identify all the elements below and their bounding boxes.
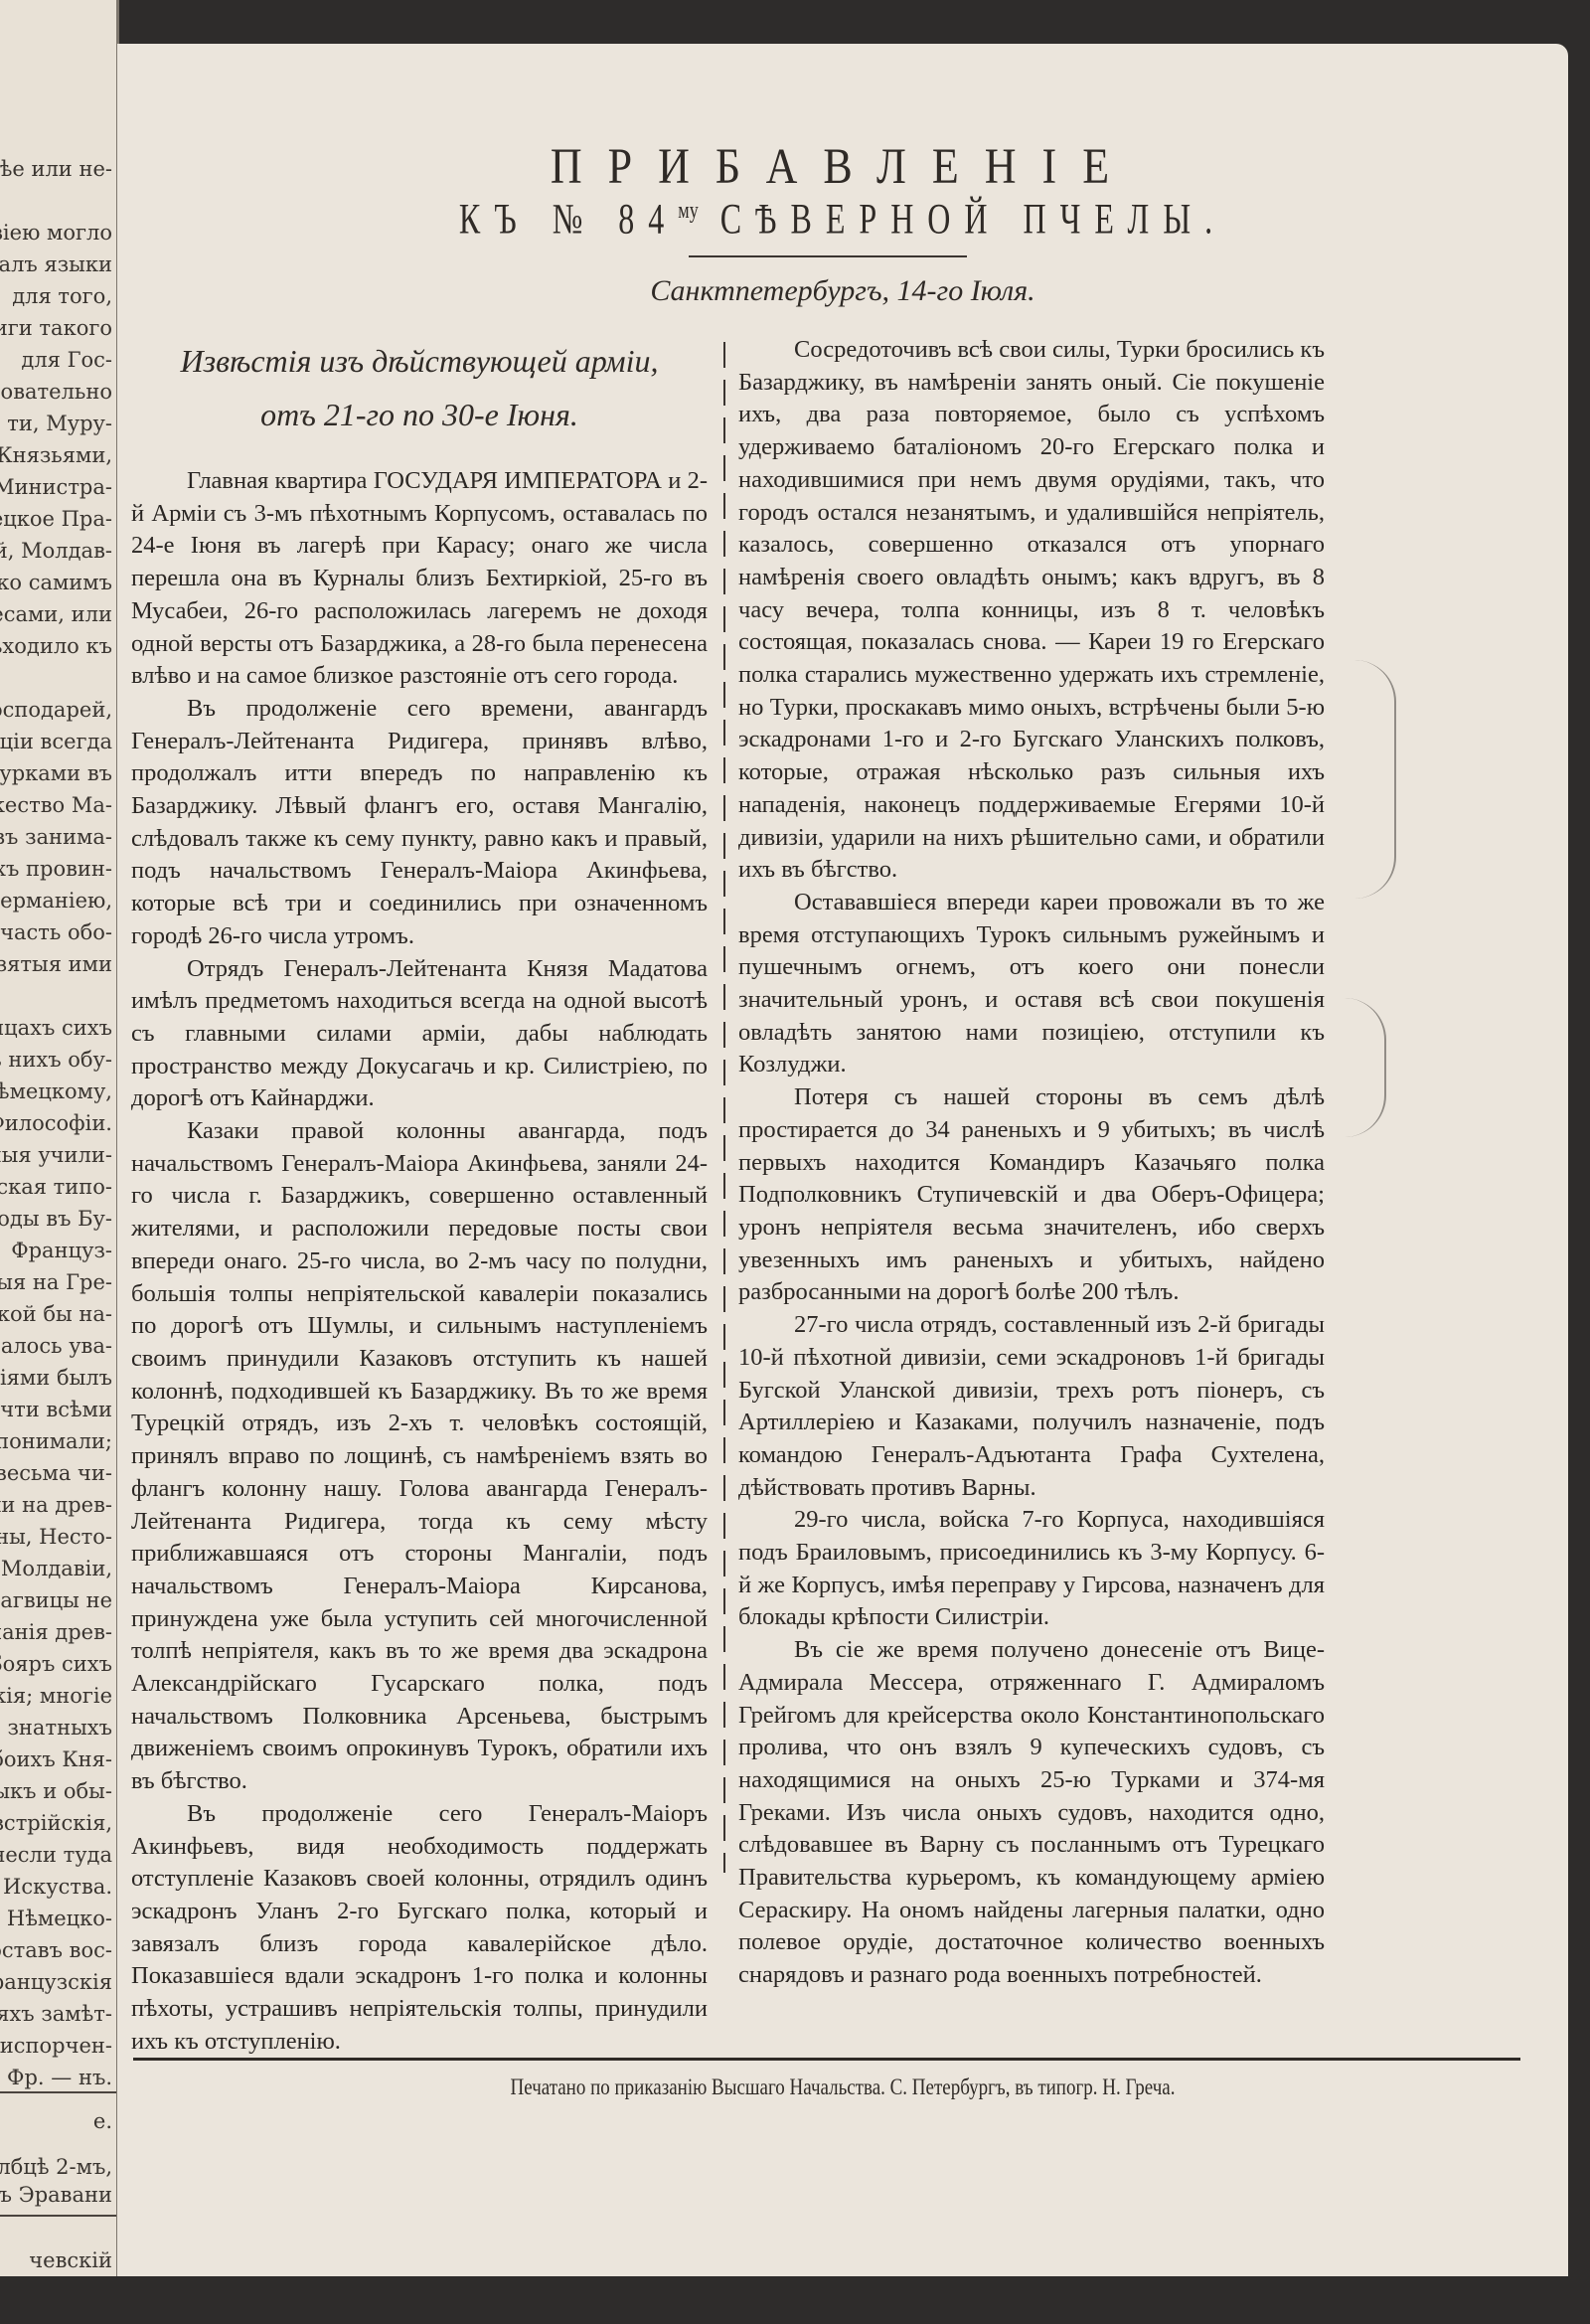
adjacent-page-line: для Гос- <box>21 348 112 372</box>
paragraph: 27-го числа отрядъ, составленный изъ 2-й… <box>738 1309 1325 1504</box>
issue-suffix: му <box>678 196 698 223</box>
adjacent-page-line: Искуства. <box>3 1875 112 1899</box>
adjacent-page-rule <box>0 2091 116 2093</box>
title-rule <box>689 255 967 257</box>
adjacent-page-line: ѣходило къ <box>0 634 112 658</box>
adjacent-page-line: нціи всегда <box>0 730 112 753</box>
adjacent-page-line: Француз- <box>11 1239 112 1262</box>
adjacent-page-line: для того, <box>12 284 112 308</box>
adjacent-page-line: оставъ вос- <box>0 1938 112 1962</box>
adjacent-page-line: кой бы на- <box>0 1302 112 1326</box>
pencil-mark <box>1345 998 1386 1137</box>
adjacent-page-rule <box>0 2215 116 2217</box>
left-column: Извѣстія изъ дѣйствующей арміи, отъ 21-г… <box>131 324 708 2058</box>
adjacent-page-line: Съ Фр. — нъ. <box>0 2066 112 2089</box>
adjacent-page-line: ѣе или не- <box>0 157 112 181</box>
adjacent-page-line: Французскія <box>0 1970 112 1994</box>
adjacent-page-line: довательно <box>0 380 112 404</box>
masthead-subtitle: КЪ № 84му СѢВЕРНОЙ ПЧЕЛЫ. <box>117 195 1568 245</box>
footer-rule <box>133 2058 1520 2061</box>
adjacent-page-line: Нѣмецкому, <box>0 1079 112 1103</box>
adjacent-page-line: ская типо- <box>0 1175 112 1199</box>
adjacent-page-line: очти всѣми <box>0 1398 112 1421</box>
newspaper-name: СѢВЕРНОЙ ПЧЕЛЫ. <box>720 195 1226 244</box>
adjacent-page-line: весьма чи- <box>0 1461 112 1485</box>
dateline: Санктпетербургъ, 14-го Іюля. <box>117 274 1568 308</box>
adjacent-page-line: Министра- <box>0 475 112 499</box>
adjacent-page-line: віею могло <box>0 221 112 245</box>
adjacent-page-line: есами, или <box>0 602 112 626</box>
adjacent-page-line: е. <box>93 2109 112 2133</box>
paragraph: Сосредоточивъ всѣ свои силы, Турки броси… <box>738 334 1325 887</box>
adjacent-page-line: налъ языки <box>0 252 112 276</box>
paragraph: Остававшіеся впереди кареи провожали въ … <box>738 887 1325 1081</box>
adjacent-page-line: ми на древ- <box>0 1493 112 1517</box>
adjacent-page-line: ныя на Гре- <box>0 1270 112 1294</box>
column-divider <box>723 342 725 1873</box>
adjacent-page-line: Молдавіи, <box>1 1557 112 1580</box>
printer-imprint: Печатано по приказанію Высшаго Начальств… <box>117 2075 1568 2101</box>
adjacent-page-line: рагвицы не <box>0 1588 112 1612</box>
adjacent-page-line: обоихъ Кня- <box>0 1747 112 1771</box>
adjacent-page-line: ти, Муру- <box>7 412 112 435</box>
adjacent-page-line: и Нѣмецко- <box>0 1907 112 1930</box>
adjacent-page-line: ько самимъ <box>0 571 112 594</box>
adjacent-page-line: ныя учили- <box>0 1143 112 1167</box>
paragraph: 29-го числа, войска 7-го Корпуса, находи… <box>738 1504 1325 1634</box>
adjacent-page-line: въ занима- <box>0 825 112 849</box>
adjacent-page-line: Князьями, <box>0 443 112 467</box>
paragraph: Главная квартира ГОСУДАРЯ ИМПЕРАТОРА и 2… <box>131 465 708 693</box>
adjacent-page-line: Турками въ <box>0 761 112 785</box>
paragraph: Отрядъ Генералъ-Лейтенанта Князя Мадатов… <box>131 953 708 1116</box>
adjacent-page-line: іями былъ <box>0 1366 112 1390</box>
right-column: Сосредоточивъ всѣ свои силы, Турки броси… <box>738 324 1325 1992</box>
adjacent-page-line: ъ нихъ обу- <box>0 1048 112 1072</box>
masthead-title: ПРИБАВЛЕНІЕ <box>117 137 1568 196</box>
adjacent-page-line: ны, Несто- <box>0 1525 112 1549</box>
adjacent-page-line: толбцѣ 2-мъ, <box>0 2155 112 2179</box>
issue-number: КЪ № 84 <box>459 195 678 244</box>
adjacent-page-line: зыкъ и обы- <box>0 1779 112 1803</box>
adjacent-page-line: Господарей, <box>0 698 112 722</box>
adjacent-page-line: нанія древ- <box>0 1620 112 1644</box>
article-heading-line-1: Извѣстія изъ дѣйствующей арміи, <box>131 334 708 388</box>
adjacent-page-line: Философіи. <box>0 1111 112 1135</box>
adjacent-page-line: часть обо- <box>0 920 112 944</box>
adjacent-page-line: оды въ Бу- <box>0 1207 112 1231</box>
adjacent-page-line: чевскій <box>29 2248 112 2272</box>
adjacent-page-line: зятыя ими <box>0 952 112 976</box>
paragraph: Въ продолженіе сего Генералъ-Маіоръ Акин… <box>131 1798 708 2059</box>
paragraph: Казаки правой колонны авангарда, подъ на… <box>131 1115 708 1798</box>
adjacent-page-line: хъ провин- <box>0 857 112 881</box>
adjacent-page-fragment: ѣе или не-віею моглоналъ языкидля того,и… <box>0 0 119 2276</box>
adjacent-page-line: яхъ замѣт- <box>0 2002 112 2026</box>
adjacent-page-line: Германіею, <box>0 889 112 913</box>
adjacent-page-line: понимали; <box>0 1429 112 1453</box>
paragraph: Въ продолженіе сего времени, авангардъ Г… <box>131 693 708 953</box>
adjacent-page-line: нцахъ сихъ <box>0 1016 112 1040</box>
adjacent-page-line: й, Молдав- <box>0 539 112 563</box>
newspaper-page: ПРИБАВЛЕНІЕ КЪ № 84му СѢВЕРНОЙ ПЧЕЛЫ. Са… <box>117 44 1568 2276</box>
adjacent-page-line: жество Ма- <box>0 793 112 817</box>
adjacent-page-line: рецкое Пра- <box>0 507 112 531</box>
adjacent-page-line: овалось ува- <box>0 1334 112 1358</box>
adjacent-page-line: и испорчен- <box>0 2034 112 2058</box>
adjacent-page-line: Бояръ сихъ <box>0 1652 112 1676</box>
adjacent-page-line: встрійскія, <box>0 1811 112 1835</box>
adjacent-page-line: иги такого <box>0 316 112 340</box>
adjacent-page-line: несли туда <box>0 1843 112 1867</box>
adjacent-page-line: ь знатныхъ <box>0 1716 112 1740</box>
paragraph: Въ сіе же время получено донесеніе отъ В… <box>738 1634 1325 1992</box>
adjacent-page-line: кія; многіе <box>0 1684 112 1708</box>
pencil-mark <box>1354 660 1396 899</box>
paragraph: Потеря съ нашей стороны въ семъ дѣлѣ про… <box>738 1081 1325 1309</box>
adjacent-page-line: изъ Эравани <box>0 2183 112 2207</box>
article-heading-line-2: отъ 21-го по 30-е Іюня. <box>131 388 708 441</box>
article-heading: Извѣстія изъ дѣйствующей арміи, отъ 21-г… <box>131 334 708 441</box>
